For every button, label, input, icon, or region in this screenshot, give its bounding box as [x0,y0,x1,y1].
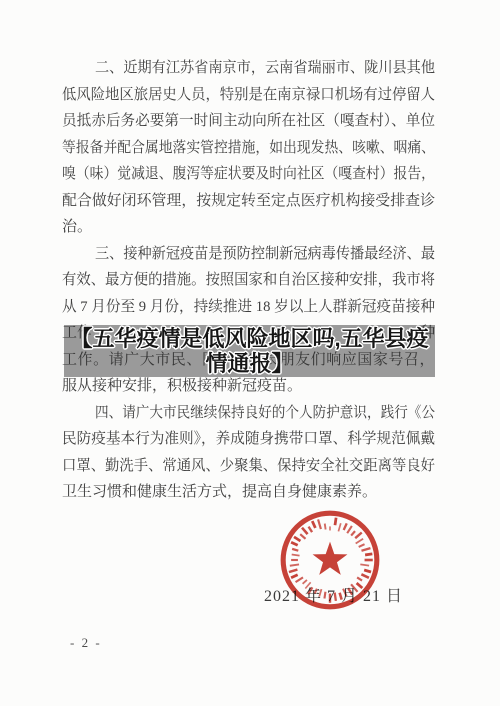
notice-line: 卫生习惯和健康生活方式，提高自身健康素养。 [62,479,435,506]
document-page: 二、近期有江苏省南京市，云南省瑞丽市、陇川县其他低风险地区旅居史人员，特别是在南… [0,0,500,706]
caption-line-1: 【五华疫情是低风险地区吗,五华县疫 [64,326,435,351]
notice-line: 等报备并配合属地落实管控措施，如出现发热、咳嗽、咽痛、 [62,135,435,162]
notice-line-text: 口罩、勤洗手、常通风、少聚集、保持安全社交距离等良好 [62,453,435,480]
star-icon [313,542,348,575]
notice-line: 民防疫基本行为准则》，养成随身携带口罩、科学规范佩戴 [62,426,435,453]
notice-line: 二、近期有江苏省南京市，云南省瑞丽市、陇川县其他 [62,55,435,82]
notice-line: 口罩、勤洗手、常通风、少聚集、保持安全社交距离等良好 [62,453,435,480]
notice-line: 低风险地区旅居史人员，特别是在南京禄口机场有过停留人 [62,82,435,109]
notice-line-text: 卫生习惯和健康生活方式，提高自身健康素养。 [62,479,377,506]
notice-line-text: 二、近期有江苏省南京市，云南省瑞丽市、陇川县其他 [95,55,435,82]
notice-line-text: 治。 [62,214,92,241]
notice-line-text: 低风险地区旅居史人员，特别是在南京禄口机场有过停留人 [62,82,435,109]
caption-banner: 【五华疫情是低风险地区吗,五华县疫 情通报】 [64,325,435,377]
notice-body: 二、近期有江苏省南京市，云南省瑞丽市、陇川县其他低风险地区旅居史人员，特别是在南… [62,55,435,506]
notice-line-text: 从 7 月份至 9 月份，持续推进 18 岁以上人群新冠疫苗接种 [62,294,435,321]
notice-line: 有效、最方便的措施。按照国家和自治区接种安排，我市将 [62,267,435,294]
notice-line: 四、请广大市民继续保持良好的个人防护意识，践行《公 [62,400,435,427]
notice-line-text: 员抵赤后务必要第一时间主动向所在社区（嘎查村）、单位 [62,108,435,135]
notice-line-text: 嗅（味）觉减退、腹泻等症状要及时向社区（嘎查村）报告， [62,161,435,188]
notice-line-text: 有效、最方便的措施。按照国家和自治区接种安排，我市将 [62,267,435,294]
official-seal [274,504,386,616]
notice-line-text: 四、请广大市民继续保持良好的个人防护意识，践行《公 [95,400,435,427]
page-number: - 2 - [70,635,102,651]
notice-line: 配合做好闭环管理，按规定转至定点医疗机构接受排查诊 [62,188,435,215]
notice-line-text: 配合做好闭环管理，按规定转至定点医疗机构接受排查诊 [62,188,435,215]
notice-line-text: 等报备并配合属地落实管控措施，如出现发热、咳嗽、咽痛、 [62,135,435,162]
notice-line-text: 三、接种新冠疫苗是预防控制新冠病毒传播最经济、最 [95,241,435,268]
notice-line: 治。 [62,214,435,241]
notice-line: 员抵赤后务必要第一时间主动向所在社区（嘎查村）、单位 [62,108,435,135]
notice-line: 从 7 月份至 9 月份，持续推进 18 岁以上人群新冠疫苗接种 [62,294,435,321]
notice-line: 嗅（味）觉减退、腹泻等症状要及时向社区（嘎查村）报告， [62,161,435,188]
notice-line-text: 民防疫基本行为准则》，养成随身携带口罩、科学规范佩戴 [62,426,435,453]
caption-line-2: 情通报】 [64,351,435,376]
notice-line: 三、接种新冠疫苗是预防控制新冠病毒传播最经济、最 [62,241,435,268]
